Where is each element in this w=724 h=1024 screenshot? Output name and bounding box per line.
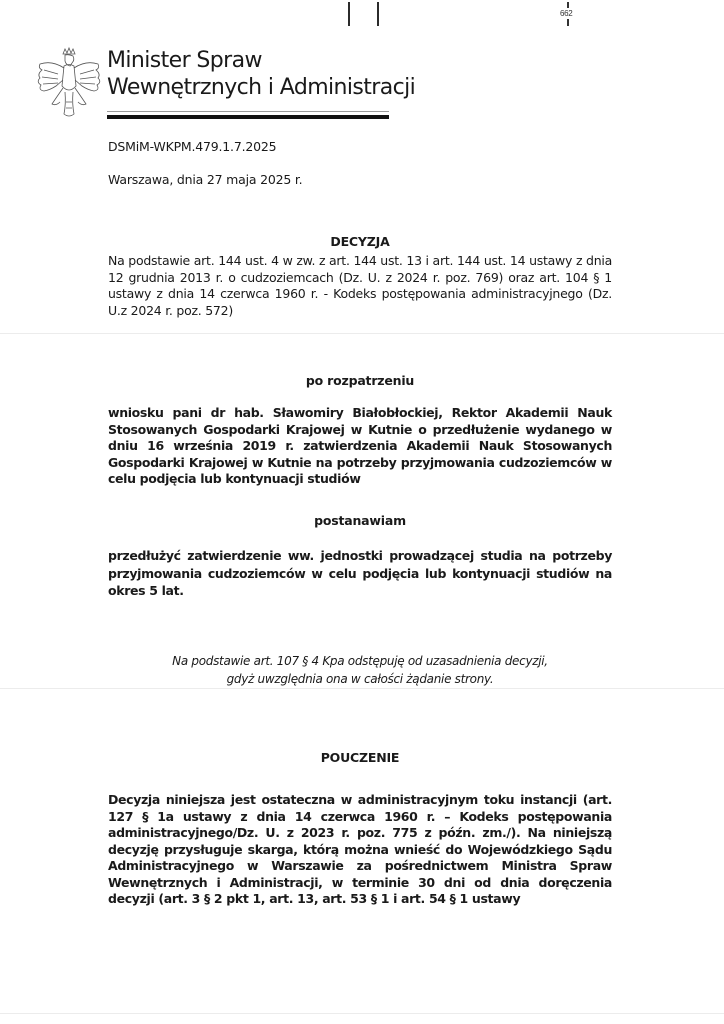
reference-number: DSMiM-WKPM.479.1.7.2025 xyxy=(108,139,276,154)
ministry-name-line2: Wewnętrznych i Administracji xyxy=(107,74,415,101)
ministry-name: Minister Spraw Wewnętrznych i Administra… xyxy=(107,47,415,101)
header-divider-thick xyxy=(107,115,389,119)
justification-note-line1: Na podstawie art. 107 § 4 Kpa odstępuję … xyxy=(108,652,612,670)
legal-basis-paragraph: Na podstawie art. 144 ust. 4 w zw. z art… xyxy=(108,253,612,319)
application-paragraph: wniosku pani dr hab. Sławomiry Białobłoc… xyxy=(108,405,612,488)
place-and-date: Warszawa, dnia 27 maja 2025 r. xyxy=(108,172,302,187)
scan-mark-left xyxy=(348,2,350,26)
ministry-name-line1: Minister Spraw xyxy=(107,47,415,74)
page-number: 662 xyxy=(560,9,572,18)
decision-title: DECYZJA xyxy=(108,234,612,249)
justification-note-line2: gdyż uwzględnia ona w całości żądanie st… xyxy=(108,670,612,688)
decision-heading: postanawiam xyxy=(108,513,612,528)
justification-note: Na podstawie art. 107 § 4 Kpa odstępuję … xyxy=(108,652,612,688)
scan-artifact-line xyxy=(0,1013,724,1014)
scan-mark-right xyxy=(377,2,379,26)
header-divider-thin xyxy=(107,111,389,112)
decision-paragraph: przedłużyć zatwierdzenie ww. jednostki p… xyxy=(108,547,612,600)
polish-eagle-emblem-icon xyxy=(34,46,104,122)
scan-artifact-line xyxy=(0,688,724,689)
page-number-tick-bottom xyxy=(567,19,569,26)
scan-artifact-line xyxy=(0,333,724,334)
instruction-heading: POUCZENIE xyxy=(108,750,612,765)
page-number-tick-top xyxy=(567,2,569,8)
instruction-paragraph: Decyzja niniejsza jest ostateczna w admi… xyxy=(108,792,612,908)
after-review-heading: po rozpatrzeniu xyxy=(108,373,612,388)
